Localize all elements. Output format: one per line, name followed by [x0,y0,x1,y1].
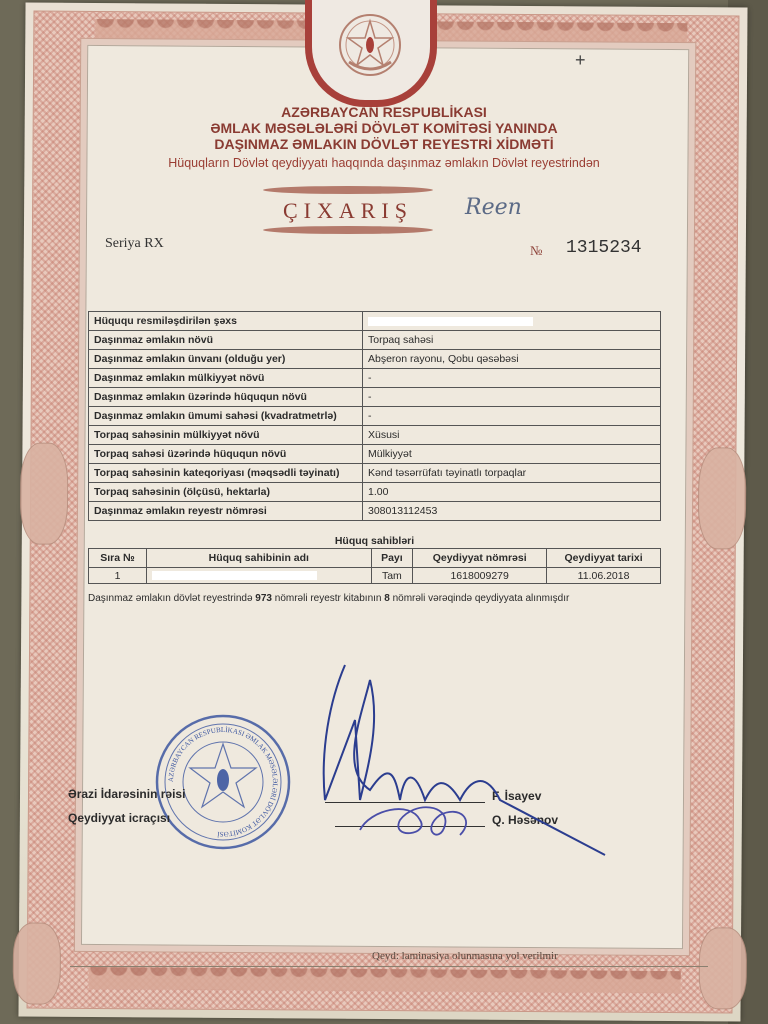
info-label: Torpaq sahəsinin kateqoriyası (məqsədli … [89,464,363,483]
info-row: Torpaq sahəsi üzərində hüququn növüMülki… [89,445,661,464]
owner-reg-number: 1618009279 [413,568,547,584]
info-value: - [363,388,661,407]
info-label: Daşınmaz əmlakın ünvanı (olduğu yer) [89,350,363,369]
info-row: Hüququ resmiləşdirilən şəxs [89,312,661,331]
series-label: Seriya RX [105,236,164,252]
info-label: Daşınmaz əmlakın üzərində hüququn növü [89,388,363,407]
info-value: Kənd təsərrüfatı təyinatlı torpaqlar [363,464,661,483]
owners-column-header: Qeydiyyat nömrəsi [413,549,547,568]
owner-reg-date: 11.06.2018 [547,568,661,584]
redacted-name [152,571,317,580]
info-value: Abşeron rayonu, Qobu qəsəbəsi [363,350,661,369]
info-value: - [363,407,661,426]
property-info-table: Hüququ resmiləşdirilən şəxsDaşınmaz əmla… [88,311,661,521]
info-row: Daşınmaz əmlakın reyestr nömrəsi30801311… [89,502,661,521]
right-side-ornament [698,447,747,549]
info-row: Daşınmaz əmlakın mülkiyyət növü- [89,369,661,388]
number-sign: № [530,243,542,259]
info-value: Torpaq sahəsi [363,331,661,350]
signatory-roles: Ərazi İdarəsinin rəisi Qeydiyyat icraçıs… [68,782,185,830]
bottom-right-ornament [699,927,748,1009]
bottom-border-ornament [89,967,681,993]
owners-column-header: Payı [371,549,413,568]
info-row: Daşınmaz əmlakın üzərində hüququn növü- [89,388,661,407]
info-value: Mülkiyyət [363,445,661,464]
document-number: 1315234 [566,238,642,258]
info-row: Daşınmaz əmlakın ümumi sahəsi (kvadratme… [89,407,661,426]
handwritten-plus-mark: + [575,50,586,71]
footer-rule [70,966,708,967]
footer-note: Qeyd: laminasiya olunmasına yol verilmir [372,950,558,962]
info-row: Torpaq sahəsinin (ölçüsü, hektarla)1.00 [89,483,661,502]
registry-book-number: 973 [255,593,272,604]
info-label: Daşınmaz əmlakın reyestr nömrəsi [89,502,363,521]
redacted-name [368,317,533,326]
bottom-left-ornament [13,922,62,1004]
info-label: Hüququ resmiləşdirilən şəxs [89,312,363,331]
info-label: Torpaq sahəsinin (ölçüsü, hektarla) [89,483,363,502]
info-value: 1.00 [363,483,661,502]
info-label: Daşınmaz əmlakın ümumi sahəsi (kvadratme… [89,407,363,426]
document-title: ÇIXARIŞ [263,198,433,224]
handwritten-initials: Reen [465,195,522,220]
info-row: Torpaq sahəsinin mülkiyyət növüXüsusi [89,426,661,445]
registry-note: Daşınmaz əmlakın dövlət reyestrində 973 … [88,593,569,604]
owners-column-header: Qeydiyyat tarixi [547,549,661,568]
header-country: AZƏRBAYCAN RESPUBLİKASI [60,104,708,120]
owners-column-header: Hüquq sahibinin adı [147,549,372,568]
info-value: - [363,369,661,388]
info-label: Torpaq sahəsinin mülkiyyət növü [89,426,363,445]
owner-row: 1Tam161800927911.06.2018 [89,568,661,584]
info-row: Daşınmaz əmlakın növüTorpaq sahəsi [89,331,661,350]
info-value: Xüsusi [363,426,661,445]
info-value: 308013112453 [363,502,661,521]
title-ornament-top [263,186,433,194]
owners-table: Sıra №Hüquq sahibinin adıPayıQeydiyyat n… [88,548,661,584]
owner-index: 1 [89,568,147,584]
left-side-ornament [20,442,69,544]
header-subtitle: Hüquqların Dövlət qeydiyyatı haqqında da… [60,156,708,170]
role-registrar: Qeydiyyat icraçısı [68,806,185,830]
document-title-block: ÇIXARIŞ [263,186,433,236]
info-label: Torpaq sahəsi üzərində hüququn növü [89,445,363,464]
info-row: Daşınmaz əmlakın ünvanı (olduğu yer)Abşe… [89,350,661,369]
info-value [363,312,661,331]
owners-title: Hüquq sahibləri [88,535,661,547]
header-committee: ƏMLAK MƏSƏLƏLƏRİ DÖVLƏT KOMİTƏSİ YANINDA [60,120,708,136]
role-head: Ərazi İdarəsinin rəisi [68,782,185,806]
handwritten-signatures [300,660,610,860]
info-row: Torpaq sahəsinin kateqoriyası (məqsədli … [89,464,661,483]
azerbaijan-emblem-icon [337,12,403,78]
coat-of-arms-shield [305,0,437,107]
owners-column-header: Sıra № [89,549,147,568]
info-label: Daşınmaz əmlakın növü [89,331,363,350]
owner-name [147,568,372,584]
owner-share: Tam [371,568,413,584]
info-label: Daşınmaz əmlakın mülkiyyət növü [89,369,363,388]
header-service: DAŞINMAZ ƏMLAKIN DÖVLƏT REYESTRİ XİDMƏTİ [60,136,708,152]
title-ornament-bottom [263,226,433,234]
